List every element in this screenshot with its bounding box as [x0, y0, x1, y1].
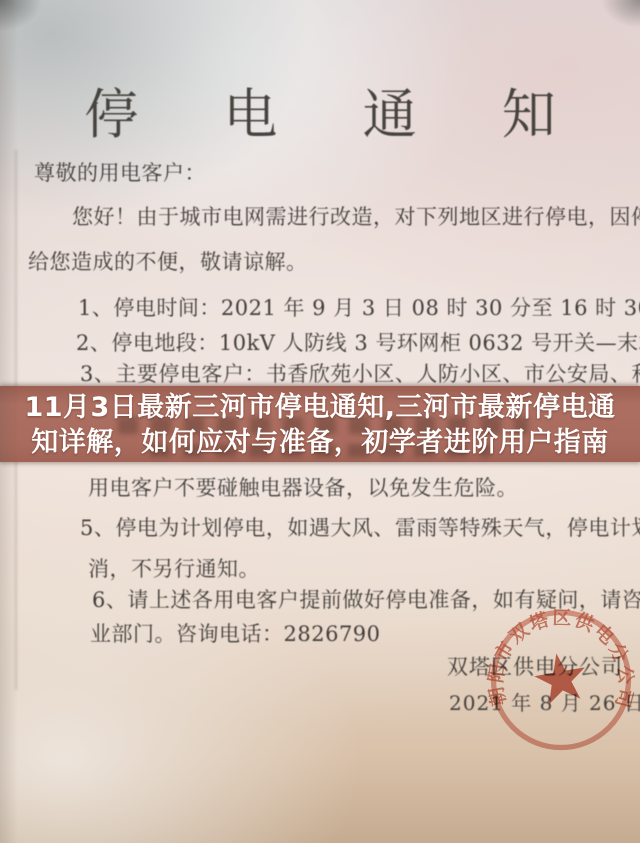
item-1-outage-time: 1、停电时间：2021 年 9 月 3 日 08 时 30 分至 16 时 30… — [78, 292, 640, 322]
item-6-phone-line: 业部门。咨询电话：2826790 — [90, 618, 381, 648]
item-5-weather-note: 5、停电为计划停电，如遇大风、雷雨等特殊天气，停电计划取 — [80, 512, 640, 542]
item-6-contact-note: 6、请上述各用电客户提前做好停电准备，如有疑问，请咨询电 — [92, 584, 640, 614]
item-3-main-customers: 3、主要停电客户：书香欣苑小区、人防小区、市公安局、和谐 — [80, 358, 640, 388]
item-4-continuation: 用电客户不要碰触电器设备，以免发生危险。 — [88, 472, 518, 502]
headline-line-1: 11月3日最新三河市停电通知,三河市最新停电通 — [0, 390, 640, 425]
headline-line-2: 知详解，如何应对与准备，初学者进阶用户指南 — [0, 425, 640, 460]
intro-line-1: 您好！由于城市电网需进行改造，对下列地区进行停电，因停电 — [72, 201, 640, 231]
item-2-outage-area: 2、停电地段：10kV 人防线 3 号环网柜 0632 号开关—末端 — [76, 327, 640, 357]
item-5-continuation: 消，不另行通知。 — [88, 553, 260, 583]
intro-line-2: 给您造成的不便，敬请谅解。 — [28, 246, 308, 276]
issue-date: 2021 年 8 月 26 日 — [449, 687, 640, 716]
issuer-signature: 双塔区供电分公司 — [447, 651, 623, 681]
salutation-line: 尊敬的用电客户： — [34, 157, 206, 187]
headline-overlay-banner: 11月3日最新三河市停电通知,三河市最新停电通 知详解，如何应对与准备，初学者进… — [0, 386, 640, 462]
power-outage-notice-photo: 停 电 通 知 尊敬的用电客户： 您好！由于城市电网需进行改造，对下列地区进行停… — [0, 0, 640, 843]
notice-title: 停 电 通 知 — [0, 72, 640, 149]
